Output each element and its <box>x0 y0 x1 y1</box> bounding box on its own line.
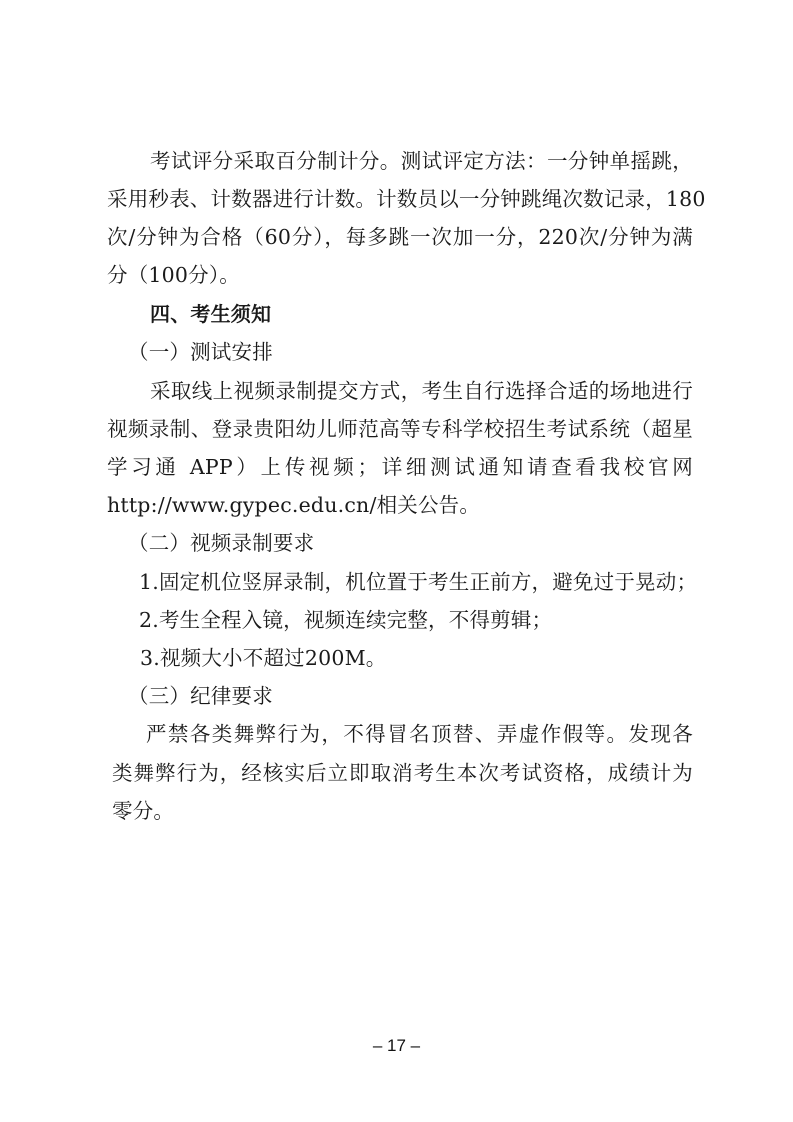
arrangement-line-3: 学习通 APP）上传视频；详细测试通知请查看我校官网 <box>107 455 693 479</box>
scoring-line-2: 采用秒表、计数器进行计数。计数员以一分钟跳绳次数记录，180 <box>107 187 693 211</box>
section-four-heading: 四、考生须知 <box>150 302 693 326</box>
scoring-line-3: 次/分钟为合格（60分），每多跳一次加一分，220次/分钟为满 <box>107 225 693 249</box>
subsection-2-title: （二）视频录制要求 <box>128 531 714 555</box>
arrangement-line-4-url: http://www.gypec.edu.cn/相关公告。 <box>107 493 693 517</box>
document-page: 考试评分采取百分制计分。测试评定方法：一分钟单摇跳， 采用秒表、计数器进行计数。… <box>0 0 793 1122</box>
video-requirement-2: 2.考生全程入镜，视频连续完整，不得剪辑； <box>139 608 725 632</box>
page-number: – 17 – <box>0 1036 793 1056</box>
discipline-line-1: 严禁各类舞弊行为，不得冒名顶替、弄虚作假等。发现各 <box>146 722 693 746</box>
scoring-line-1: 考试评分采取百分制计分。测试评定方法：一分钟单摇跳， <box>150 149 693 173</box>
video-requirement-1: 1.固定机位竖屏录制，机位置于考生正前方，避免过于晃动； <box>139 570 725 594</box>
subsection-1-title: （一）测试安排 <box>128 340 714 364</box>
scoring-line-4: 分（100分）。 <box>107 263 693 287</box>
subsection-3-title: （三）纪律要求 <box>128 684 714 708</box>
discipline-line-2: 类舞弊行为，经核实后立即取消考生本次考试资格，成绩计为 <box>112 761 693 785</box>
arrangement-line-2: 视频录制、登录贵阳幼儿师范高等专科学校招生考试系统（超星 <box>107 417 693 441</box>
arrangement-line-1: 采取线上视频录制提交方式，考生自行选择合适的场地进行 <box>150 379 693 403</box>
video-requirement-3: 3.视频大小不超过200M。 <box>140 646 726 670</box>
discipline-line-3: 零分。 <box>112 799 698 823</box>
